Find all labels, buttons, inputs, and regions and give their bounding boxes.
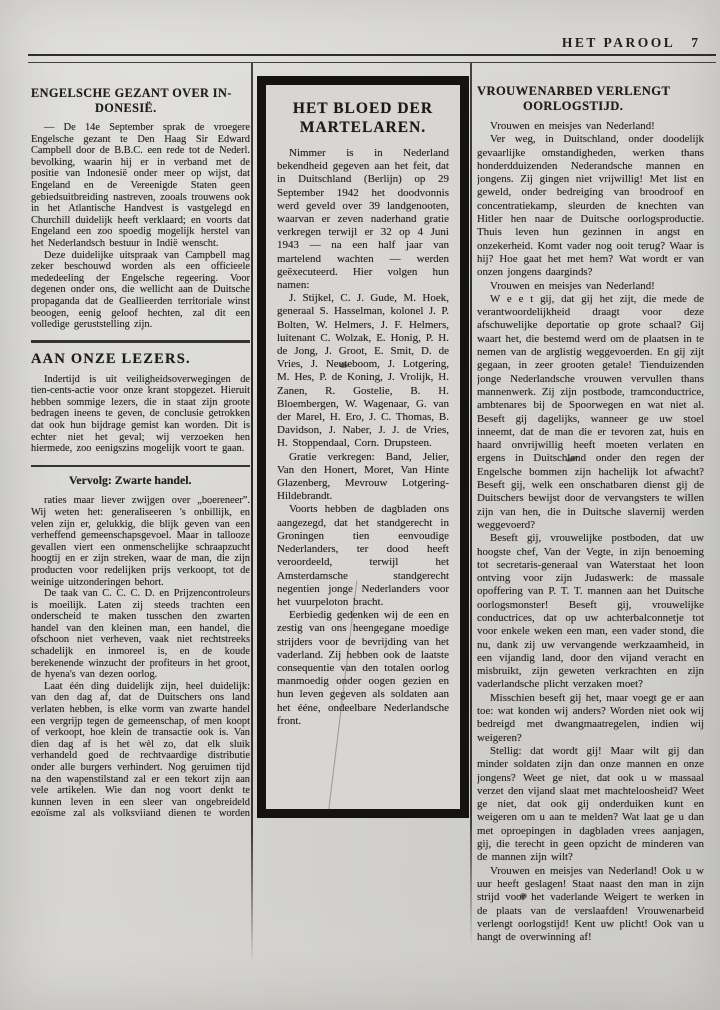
article-paragraph: Misschien beseft gij het, maar voegt ge … [477, 692, 704, 745]
article-paragraph: Nimmer is in Nederland bekendheid gegeve… [277, 147, 449, 292]
article-paragraph-names: J. Stijkel, C. J. Gude, M. Hoek, generaa… [277, 292, 449, 450]
article-paragraph: Vrouwen en meisjes van Nederland! [477, 280, 704, 293]
article-paragraph: Vrouwen en meisjes van Nederland! Ook u … [477, 865, 704, 945]
article-title-vrouwenarbeid: VROUWENARBED VERLENGT OORLOGSTIJD. [477, 84, 704, 114]
article-paragraph: raties maar liever zwijgen over „boerene… [31, 495, 250, 588]
article-paragraph: Stellig: dat wordt gij! Maar wilt gij da… [477, 745, 704, 865]
article-paragraph: Voorts hebben de dagbladen ons aangezegd… [277, 503, 449, 609]
article-paragraph: Eerbiedig gedenken wij de een en zestig … [277, 609, 449, 728]
article-title-zwarte-handel: Vervolg: Zwarte handel. [69, 473, 250, 488]
boxed-article-frame: HET BLOED DER MARTELAREN. Nimmer is in N… [257, 76, 469, 818]
ink-speck [520, 893, 527, 899]
section-rule [31, 465, 250, 468]
article-paragraph: — De 14e September sprak de vroegere Eng… [31, 122, 250, 250]
section-rule [31, 340, 250, 343]
article-paragraph: Beseft gij, vrouwelijke postboden, dat u… [477, 532, 704, 692]
article-paragraph: Indertijd is uit veiligheidsoverwegingen… [31, 374, 250, 455]
article-paragraph: De taak van C. C. C. D. en Prijzencontro… [31, 588, 250, 681]
article-title-lezers: AAN ONZE LEZERS. [31, 351, 250, 368]
page-number: 7 [691, 35, 698, 50]
masthead-title: HET PAROOL [562, 35, 675, 50]
right-column: VROUWENARBED VERLENGT OORLOGSTIJD. Vrouw… [477, 84, 704, 966]
left-column: ENGELSCHE GEZANT OVER IN- DONESIË. — De … [31, 86, 250, 816]
column-divider-left [251, 62, 253, 964]
article-paragraph: Ver weg, in Duitschland, onder doodelijk… [477, 133, 704, 279]
article-paragraph: Deze duidelijke uitspraak van Campbell m… [31, 250, 250, 331]
top-rule [28, 54, 716, 63]
article-paragraph: Vrouwen en meisjes van Nederland! [477, 120, 704, 133]
masthead: HET PAROOL7 [562, 35, 698, 51]
boxed-article: HET BLOED DER MARTELAREN. Nimmer is in N… [266, 85, 460, 809]
article-paragraph: W e e t gij, dat gij het zijt, die mede … [477, 293, 704, 532]
middle-column: HET BLOED DER MARTELAREN. Nimmer is in N… [257, 76, 469, 818]
boxed-article-title: HET BLOED DER MARTELAREN. [277, 99, 449, 137]
article-paragraph: Gratie verkregen: Band, Jelier, Van den … [277, 451, 449, 504]
newspaper-page: HET PAROOL7 ENGELSCHE GEZANT OVER IN- DO… [0, 0, 720, 1010]
ink-speck [339, 363, 348, 368]
article-paragraph: Laat één ding duidelijk zijn, heel duide… [31, 681, 250, 816]
article-title-indonesie: ENGELSCHE GEZANT OVER IN- DONESIË. [31, 86, 250, 115]
column-divider-right [470, 62, 472, 946]
